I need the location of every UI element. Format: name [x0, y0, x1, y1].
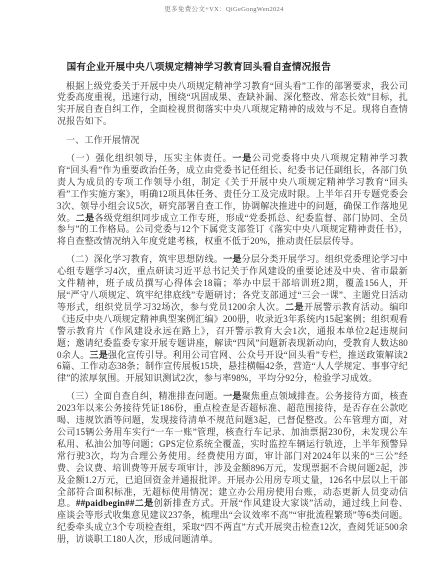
- document-title: 国有企业开展中央八项规定精神学习教育回头看自查情况报告: [57, 62, 408, 75]
- section-heading-work-progress: 一、工作开展情况: [57, 135, 408, 147]
- paragraph-self-inspection: （三）全面自查自纠，精准排查问题。一是聚焦重点领域排查。公务接待方面，核查202…: [57, 391, 408, 546]
- document-page: 更多免费公文+VX：QiGeGongWen2024 国有企业开展中央八项规定精神…: [0, 0, 448, 580]
- watermark-promo-text: 更多免费公文+VX：QiGeGongWen2024: [0, 0, 448, 13]
- paragraph-intro: 根据上级党委关于开展中央八项规定精神学习教育“回头看”工作的部署要求，我公司党委…: [57, 81, 408, 129]
- paragraph-organization-leadership: （一）强化组织领导，压实主体责任。一是公司党委将中央八项规定精神学习教育“回头看…: [57, 153, 408, 248]
- paragraph-study-education: （二）深化学习教育，筑牢思想防线。一是分层分类开展学习。组织党委理论学习中心组专…: [57, 254, 408, 385]
